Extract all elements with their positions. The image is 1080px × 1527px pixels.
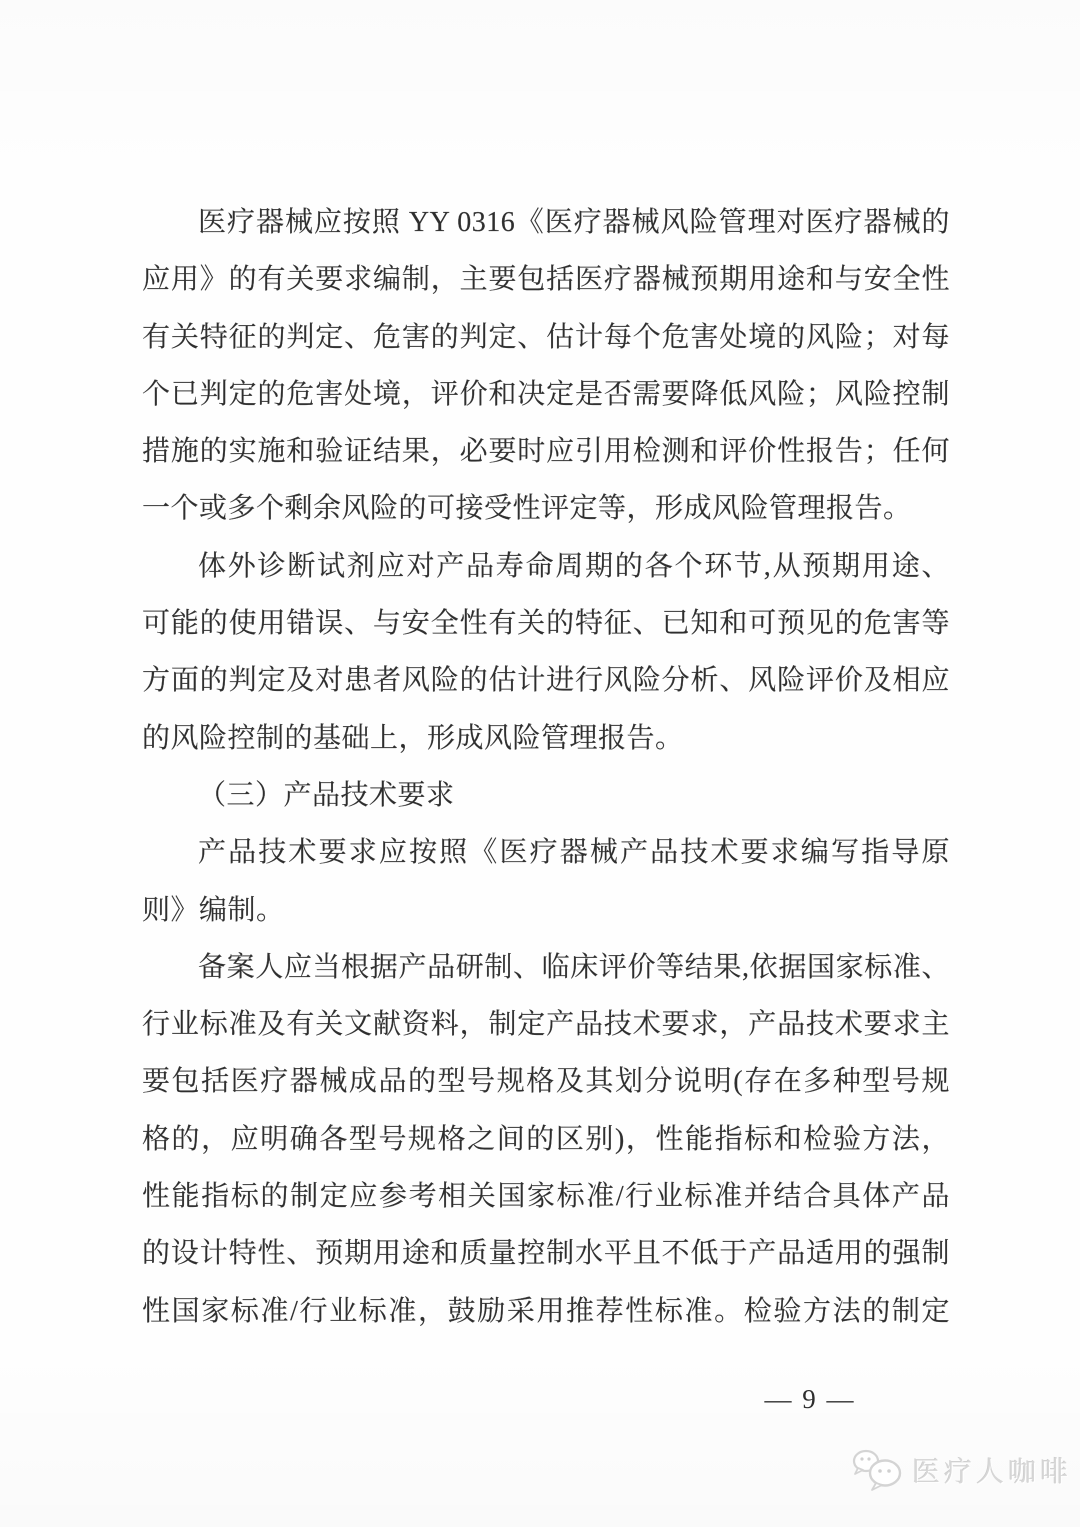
text-line: 备案人应当根据产品研制、临床评价等结果,依据国家标准、	[142, 939, 950, 996]
text-line: 产品技术要求应按照《医疗器械产品技术要求编写指导原	[142, 824, 950, 881]
text-line: 方面的判定及对患者风险的估计进行风险分析、风险评价及相应	[142, 652, 950, 709]
text-line: 性能指标的制定应参考相关国家标准/行业标准并结合具体产品	[142, 1168, 950, 1225]
document-page: 医疗器械应按照 YY 0316《医疗器械风险管理对医疗器械的 应用》的有关要求编…	[0, 0, 1080, 1527]
text-line: 要包括医疗器械成品的型号规格及其划分说明(存在多种型号规	[142, 1053, 950, 1110]
text-line: 有关特征的判定、危害的判定、估计每个危害处境的风险；对每	[142, 309, 950, 366]
text-line: 格的，应明确各型号规格之间的区别)，性能指标和检验方法，	[142, 1111, 950, 1168]
wechat-bubbles-icon	[852, 1448, 904, 1492]
section-heading-product-technical-requirements: （三）产品技术要求	[142, 767, 950, 824]
text-line: 应用》的有关要求编制，主要包括医疗器械预期用途和与安全性	[142, 251, 950, 308]
watermark: 医疗人咖啡	[852, 1448, 1072, 1492]
document-body: 医疗器械应按照 YY 0316《医疗器械风险管理对医疗器械的 应用》的有关要求编…	[142, 194, 950, 1340]
paragraph-filing-requirements: 备案人应当根据产品研制、临床评价等结果,依据国家标准、 行业标准及有关文献资料，…	[142, 939, 950, 1340]
text-line: 性国家标准/行业标准，鼓励采用推荐性标准。检验方法的制定	[142, 1283, 950, 1340]
text-line: 个已判定的危害处境，评价和决定是否需要降低风险；风险控制	[142, 366, 950, 423]
paragraph-ivd-risk-management: 体外诊断试剂应对产品寿命周期的各个环节,从预期用途、 可能的使用错误、与安全性有…	[142, 538, 950, 767]
text-line: 措施的实施和验证结果，必要时应引用检测和评价性报告；任何	[142, 423, 950, 480]
text-line: 体外诊断试剂应对产品寿命周期的各个环节,从预期用途、	[142, 538, 950, 595]
text-line: 可能的使用错误、与安全性有关的特征、已知和可预见的危害等	[142, 595, 950, 652]
text-line: 医疗器械应按照 YY 0316《医疗器械风险管理对医疗器械的	[142, 194, 950, 251]
text-line: 行业标准及有关文献资料，制定产品技术要求，产品技术要求主	[142, 996, 950, 1053]
text-line: 的设计特性、预期用途和质量控制水平且不低于产品适用的强制	[142, 1225, 950, 1282]
page-number: — 9 —	[750, 1384, 870, 1415]
section-heading: （三）产品技术要求	[142, 767, 950, 824]
paragraph-device-risk-management: 医疗器械应按照 YY 0316《医疗器械风险管理对医疗器械的 应用》的有关要求编…	[142, 194, 950, 538]
text-line: 一个或多个剩余风险的可接受性评定等，形成风险管理报告。	[142, 480, 950, 537]
text-line: 则》编制。	[142, 882, 950, 939]
text-line: 的风险控制的基础上，形成风险管理报告。	[142, 710, 950, 767]
watermark-label: 医疗人咖啡	[912, 1450, 1072, 1490]
paragraph-technical-requirements-guideline: 产品技术要求应按照《医疗器械产品技术要求编写指导原 则》编制。	[142, 824, 950, 939]
